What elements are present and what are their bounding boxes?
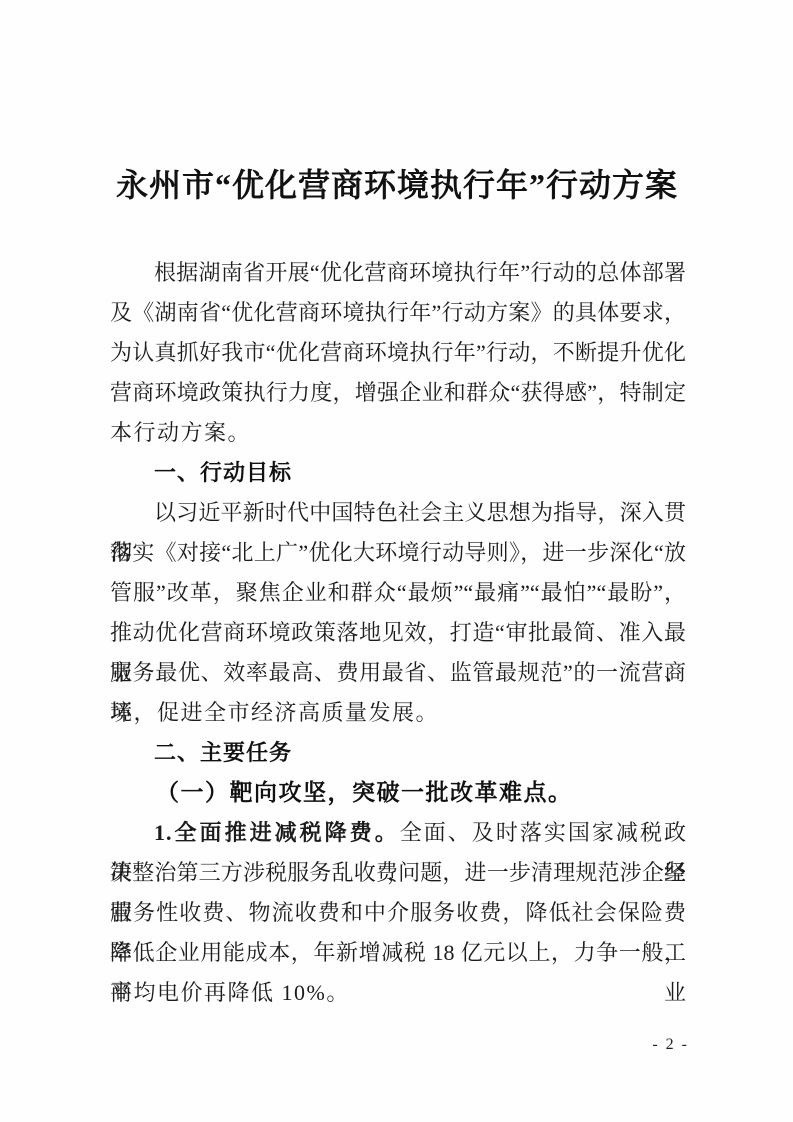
paragraph-line: 为认真抓好我市“优化营商环境执行年”行动，不断提升优化	[110, 333, 686, 373]
document-page: 永州市“优化营商环境执行年”行动方案 根据湖南省开展“优化营商环境执行年”行动的…	[0, 0, 793, 1122]
paragraph-line: 根据湖南省开展“优化营商环境执行年”行动的总体部署	[110, 253, 686, 293]
section-heading-action-goals: 一、行动目标	[110, 453, 686, 493]
paragraph-line: 营商环境政策执行力度，增强企业和群众“获得感”，特制定	[110, 373, 686, 413]
task-lead-in: 1.全面推进减税降费。	[154, 820, 400, 845]
section-heading-main-tasks: 二、主要任务	[110, 733, 686, 773]
paragraph-line: 及《湖南省“优化营商环境执行年”行动方案》的具体要求，	[110, 293, 686, 333]
document-body: 根据湖南省开展“优化营商环境执行年”行动的总体部署 及《湖南省“优化营商环境执行…	[110, 253, 686, 1013]
paragraph-line: 1.全面推进减税降费。全面、及时落实国家减税政策，坚	[110, 813, 686, 853]
paragraph-line: 服务最优、效率最高、费用最省、监管最规范”的一流营商环	[110, 653, 686, 693]
paragraph-line: 以习近平新时代中国特色社会主义思想为指导，深入贯彻	[110, 493, 686, 533]
paragraph-line: 服务性收费、物流收费和中介服务收费，降低社会保险费率，	[110, 893, 686, 933]
paragraph-line: 降低企业用能成本，年新增减税 18 亿元以上，力争一般工商业	[110, 933, 686, 973]
subsection-heading-reform: （一）靶向攻坚，突破一批改革难点。	[110, 773, 686, 813]
document-title: 永州市“优化营商环境执行年”行动方案	[108, 160, 686, 206]
paragraph-line: 管服”改革，聚焦企业和群众“最烦”“最痛”“最怕”“最盼”，	[110, 573, 686, 613]
paragraph-line: 推动优化营商环境政策落地见效，打造“审批最简、准入最宽、	[110, 613, 686, 653]
paragraph-line: 本行动方案。	[110, 413, 686, 453]
paragraph-line: 落实《对接“北上广”优化大环境行动导则》，进一步深化“放	[110, 533, 686, 573]
page-number: - 2 -	[652, 1036, 689, 1054]
paragraph-line: 决整治第三方涉税服务乱收费问题，进一步清理规范涉企经营	[110, 853, 686, 893]
paragraph-line: 境，促进全市经济高质量发展。	[110, 693, 686, 733]
